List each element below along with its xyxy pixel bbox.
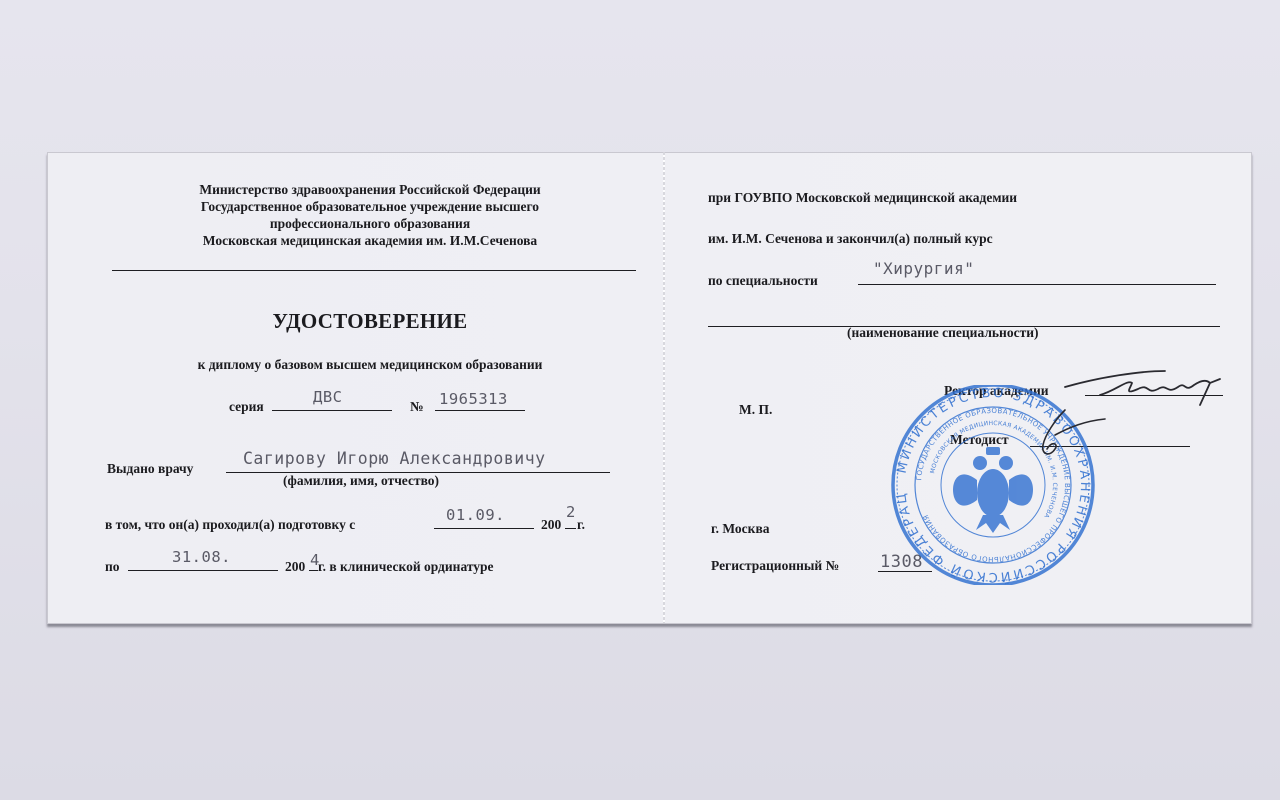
training-from-year-underline <box>565 528 576 529</box>
issued-label: Выдано врачу <box>107 461 193 477</box>
specialty-underline <box>858 284 1216 285</box>
header-line-institution: Государственное образовательное учрежден… <box>110 198 630 215</box>
methodist-signature-icon <box>1025 405 1115 465</box>
training-to-label: по <box>105 559 120 575</box>
header-line-ministry: Министерство здравоохранения Российской … <box>110 181 630 198</box>
header-block: Министерство здравоохранения Российской … <box>110 181 630 249</box>
right-line-1: при ГОУВПО Московской медицинской академ… <box>708 190 1017 206</box>
registration-label: Регистрационный № <box>711 558 839 574</box>
seal-label: М. П. <box>739 402 772 418</box>
training-to-year-underline <box>309 570 318 571</box>
specialty-value: "Хирургия" <box>873 259 974 278</box>
series-underline <box>272 410 392 411</box>
training-to-suffix: г. в клинической ординатуре <box>318 559 494 575</box>
header-line-education: профессионального образования <box>110 215 630 232</box>
header-line-academy: Московская медицинская академия им. И.М.… <box>110 232 630 249</box>
issued-name-value: Сагирову Игорю Александровичу <box>243 449 546 468</box>
training-from-date: 01.09. <box>446 506 505 524</box>
document-subtitle: к диплому о базовом высшем медицинском о… <box>110 357 630 373</box>
training-from-year-suffix: г. <box>577 517 585 533</box>
right-line-2: им. И.М. Сеченова и закончил(а) полный к… <box>708 231 993 247</box>
number-value: 1965313 <box>439 390 508 408</box>
series-label: серия <box>229 399 264 415</box>
document-title: УДОСТОВЕРЕНИЕ <box>110 309 630 334</box>
training-from-label: в том, что он(а) проходил(а) подготовку … <box>105 517 355 533</box>
eagle-emblem-icon <box>953 447 1033 533</box>
specialty-label: по специальности <box>708 273 818 289</box>
training-to-year-prefix: 200 <box>285 559 305 575</box>
training-from-year-prefix: 200 <box>541 517 561 533</box>
training-to-date: 31.08. <box>172 548 231 566</box>
city-label: г. Москва <box>711 521 769 537</box>
fold-crease <box>663 152 665 623</box>
issued-caption: (фамилия, имя, отчество) <box>283 473 439 489</box>
series-value: ДВС <box>313 388 343 406</box>
number-label: № <box>410 399 424 415</box>
number-underline <box>435 410 525 411</box>
training-to-underline <box>128 570 278 571</box>
specialty-caption: (наименование специальности) <box>847 325 1038 341</box>
training-from-year-digit: 2 <box>566 503 576 521</box>
header-divider <box>112 270 636 271</box>
training-from-underline <box>434 528 534 529</box>
